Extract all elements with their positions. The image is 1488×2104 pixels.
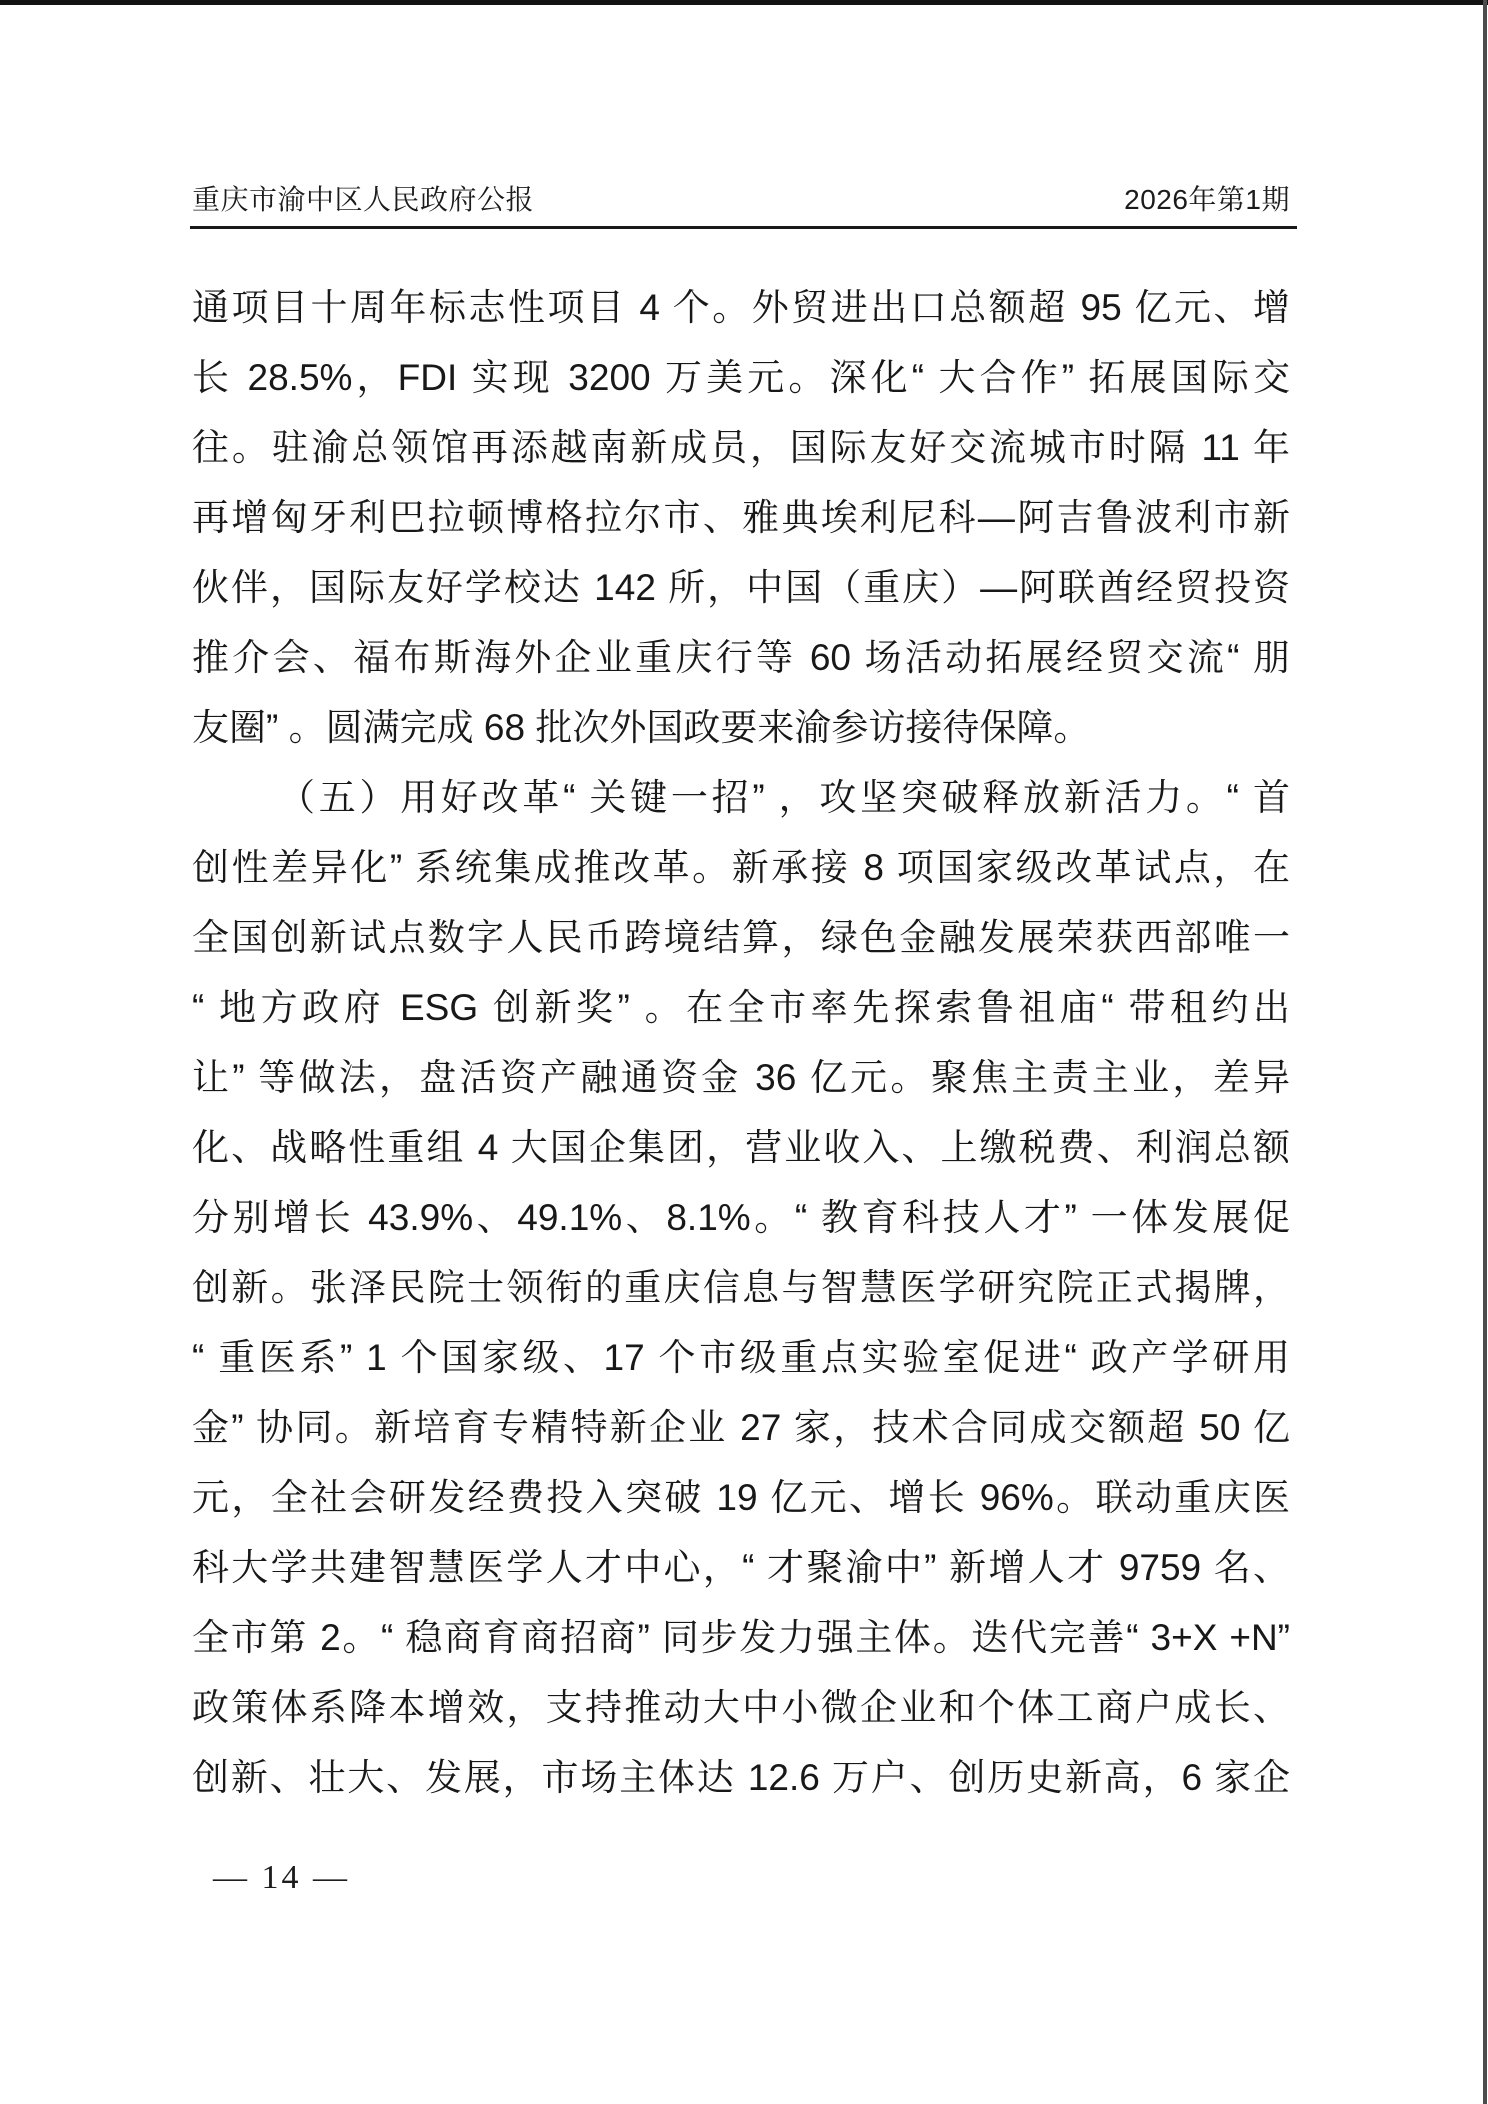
body-line: 再增匈牙利巴拉顿博格拉尔市、雅典埃利尼科—阿吉鲁波利市新 xyxy=(192,483,1290,553)
page-number: — 14 — xyxy=(213,1856,350,1900)
header-issue-number: 2026年第1期 xyxy=(1124,183,1290,217)
body-line: 分别增长 43.9%、49.1%、8.1%。“ 教育科技人才” 一体发展促 xyxy=(192,1183,1290,1253)
body-line: （五）用好改革“ 关键一招” ，攻坚突破释放新活力。“ 首 xyxy=(192,763,1290,833)
body-line: 政策体系降本增效，支持推动大中小微企业和个体工商户成长、 xyxy=(192,1673,1290,1743)
gazette-page: 重庆市渝中区人民政府公报 2026年第1期 通项目十周年标志性项目 4 个。外贸… xyxy=(0,0,1488,2104)
body-line: 创新、壮大、发展，市场主体达 12.6 万户、创历史新高，6 家企 xyxy=(192,1743,1290,1813)
body-line: 长 28.5%，FDI 实现 3200 万美元。深化“ 大合作” 拓展国际交 xyxy=(192,343,1290,413)
body-line: 全市第 2。“ 稳商育商招商” 同步发力强主体。迭代完善“ 3+X +N” xyxy=(192,1603,1290,1673)
body-line: 创性差异化” 系统集成推改革。新承接 8 项国家级改革试点，在 xyxy=(192,833,1290,903)
scan-edge-right xyxy=(1483,0,1487,2104)
body-line: 让” 等做法，盘活资产融通资金 36 亿元。聚焦主责主业，差异 xyxy=(192,1043,1290,1113)
body-line: 友圈” 。圆满完成 68 批次外国政要来渝参访接待保障。 xyxy=(192,693,1290,763)
body-line: 通项目十周年标志性项目 4 个。外贸进出口总额超 95 亿元、增 xyxy=(192,273,1290,343)
scan-edge-top xyxy=(0,0,1488,5)
body-line: 往。驻渝总领馆再添越南新成员，国际友好交流城市时隔 11 年 xyxy=(192,413,1290,483)
header-rule xyxy=(190,226,1297,229)
body-line: 金” 协同。新培育专精特新企业 27 家，技术合同成交额超 50 亿 xyxy=(192,1393,1290,1463)
body-text: 通项目十周年标志性项目 4 个。外贸进出口总额超 95 亿元、增长 28.5%，… xyxy=(192,273,1290,1813)
body-line: 伙伴，国际友好学校达 142 所，中国（重庆）—阿联酋经贸投资 xyxy=(192,553,1290,623)
body-line: 化、战略性重组 4 大国企集团，营业收入、上缴税费、利润总额 xyxy=(192,1113,1290,1183)
body-line: 元，全社会研发经费投入突破 19 亿元、增长 96%。联动重庆医 xyxy=(192,1463,1290,1533)
body-line: 推介会、福布斯海外企业重庆行等 60 场活动拓展经贸交流“ 朋 xyxy=(192,623,1290,693)
body-line: “ 地方政府 ESG 创新奖” 。在全市率先探索鲁祖庙“ 带租约出 xyxy=(192,973,1290,1043)
header-gazette-title: 重庆市渝中区人民政府公报 xyxy=(192,183,534,217)
body-line: 创新。张泽民院士领衔的重庆信息与智慧医学研究院正式揭牌， xyxy=(192,1253,1290,1323)
page-header: 重庆市渝中区人民政府公报 2026年第1期 xyxy=(192,183,1290,217)
body-line: “ 重医系” 1 个国家级、17 个市级重点实验室促进“ 政产学研用 xyxy=(192,1323,1290,1393)
body-line: 科大学共建智慧医学人才中心，“ 才聚渝中” 新增人才 9759 名、 xyxy=(192,1533,1290,1603)
body-line: 全国创新试点数字人民币跨境结算，绿色金融发展荣获西部唯一 xyxy=(192,903,1290,973)
